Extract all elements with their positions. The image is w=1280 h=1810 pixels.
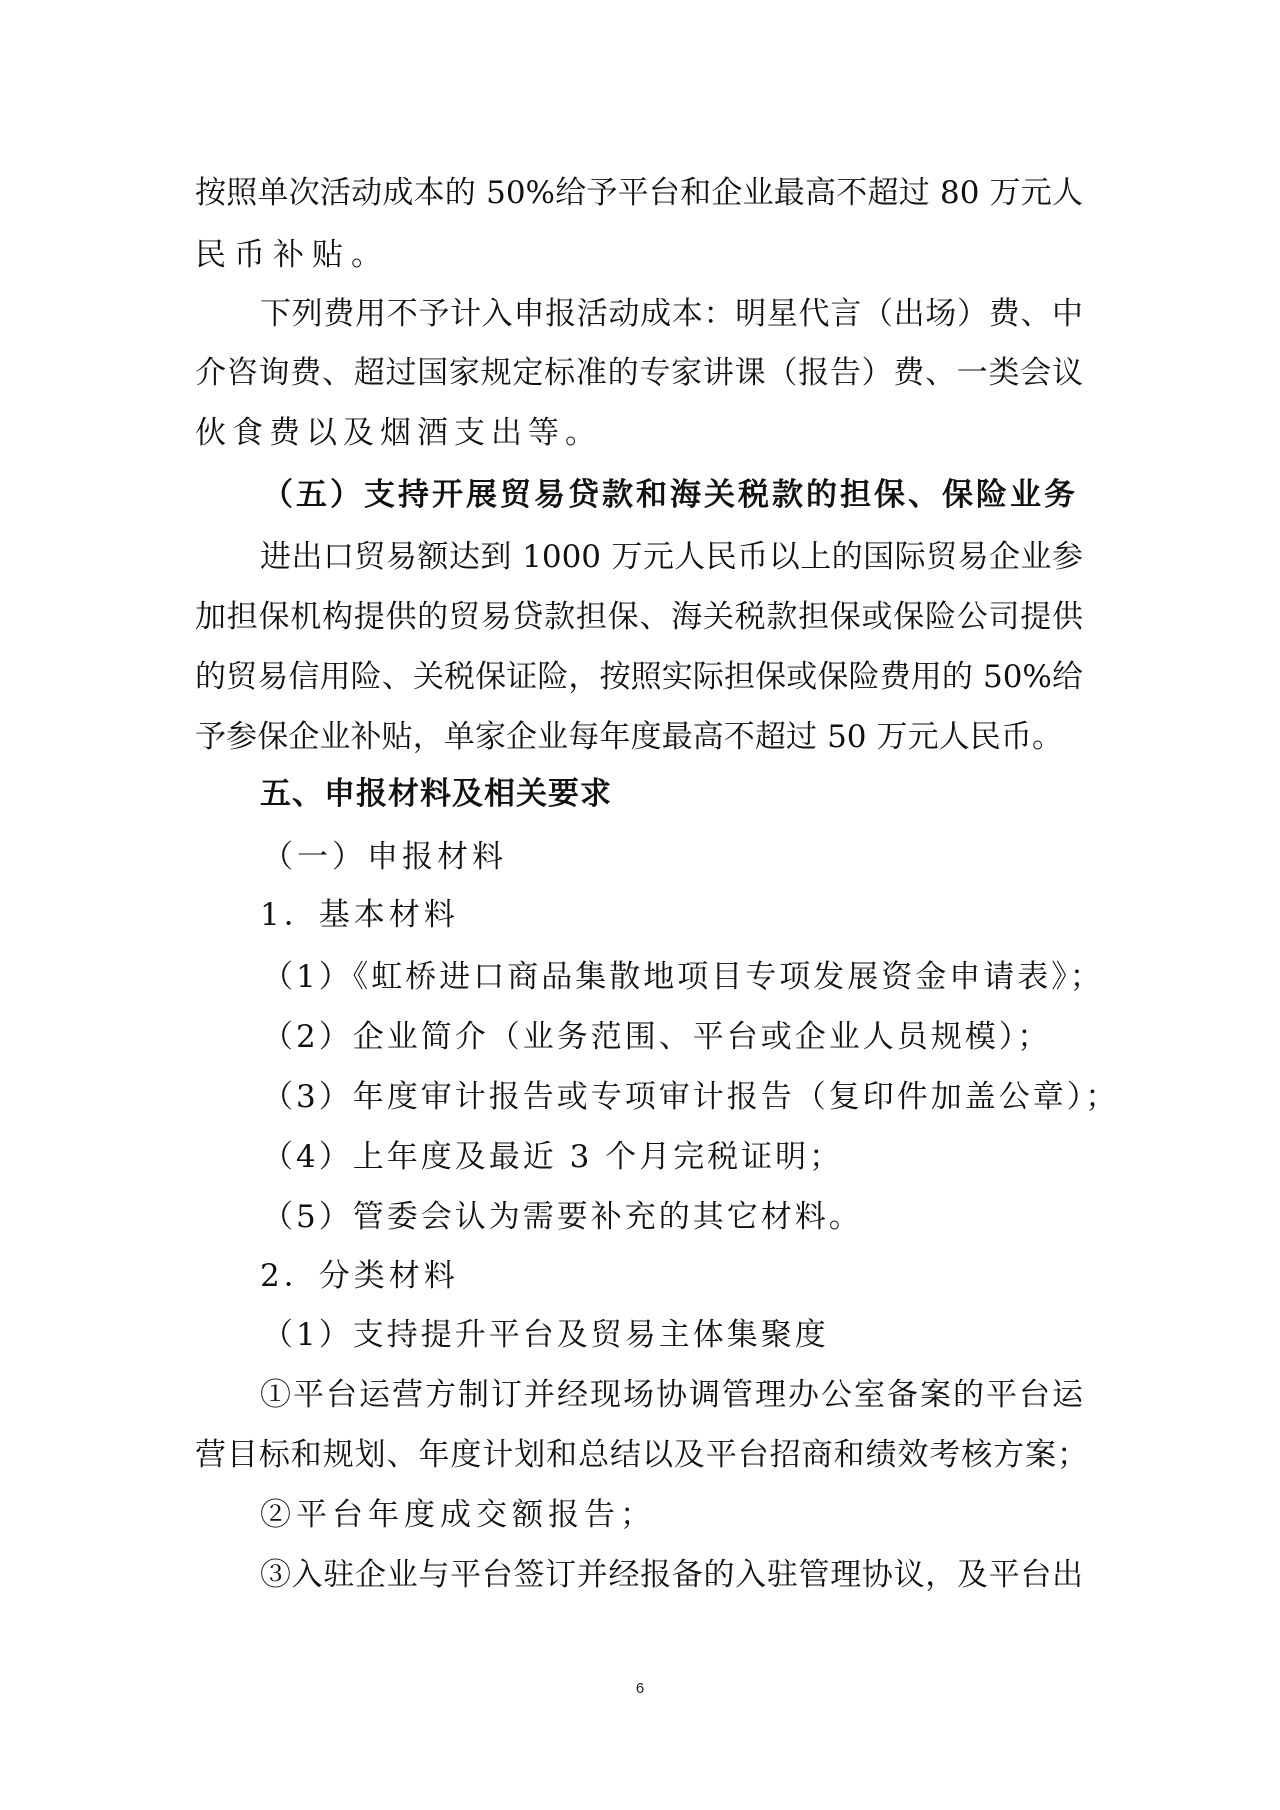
list-heading: 2．分类材料 [260, 1254, 459, 1298]
list-item: （1）支持提升平台及贸易主体集聚度 [262, 1313, 829, 1357]
subsection-heading: （一）申报材料 [262, 835, 507, 879]
list-item: （2）企业简介（业务范围、平台或企业人员规模）； [262, 1015, 1051, 1059]
section-subheading: （五）支持开展贸易贷款和海关税款的担保、保险业务 [262, 473, 1078, 517]
paragraph-line: 营目标和规划、年度计划和总结以及平台招商和绩效考核方案； [195, 1433, 1088, 1477]
paragraph-line: 予参保企业补贴，单家企业每年度最高不超过 50 万元人民币。 [195, 715, 1063, 759]
paragraph-line: 下列费用不予计入申报活动成本：明星代言（出场）费、中 [260, 292, 1083, 336]
list-item: （3）年度审计报告或专项审计报告（复印件加盖公章）； [262, 1075, 1119, 1119]
list-item: （5）管委会认为需要补充的其它材料。 [262, 1195, 863, 1239]
paragraph-line: ①平台运营方制订并经现场协调管理办公室备案的平台运 [260, 1373, 1083, 1417]
paragraph-line: 民币补贴。 [195, 233, 390, 277]
paragraph-line: 加担保机构提供的贸易贷款担保、海关税款担保或保险公司提供 [195, 595, 1083, 639]
document-page: 按照单次活动成本的 50%给予平台和企业最高不超过 80 万元人 民币补贴。 下… [0, 0, 1280, 1810]
section-heading: 五、申报材料及相关要求 [260, 772, 612, 816]
paragraph-line: 按照单次活动成本的 50%给予平台和企业最高不超过 80 万元人 [195, 171, 1083, 215]
paragraph-line: ②平台年度成交额报告； [260, 1493, 656, 1537]
paragraph-line: 伙食费以及烟酒支出等。 [195, 411, 602, 455]
list-item: （1）《虹桥进口商品集散地项目专项发展资金申请表》； [262, 955, 1104, 999]
paragraph-line: 的贸易信用险、关税保证险，按照实际担保或保险费用的 50%给 [195, 655, 1083, 699]
paragraph-line: 进出口贸易额达到 1000 万元人民币以上的国际贸易企业参 [260, 535, 1083, 579]
paragraph-line: 介咨询费、超过国家规定标准的专家讲课（报告）费、一类会议 [195, 351, 1083, 395]
page-number: 6 [630, 1680, 650, 1697]
list-heading: 1．基本材料 [260, 893, 459, 937]
paragraph-line: ③入驻企业与平台签订并经报备的入驻管理协议，及平台出 [260, 1553, 1083, 1597]
list-item: （4）上年度及最近 3 个月完税证明； [262, 1135, 843, 1179]
